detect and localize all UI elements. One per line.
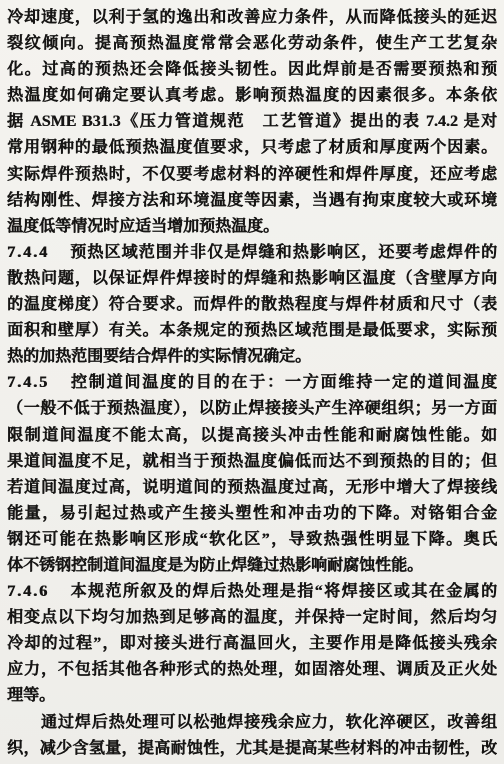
text-line: 温度低等情况时应适当增加预热温度。 xyxy=(7,214,497,240)
line-text: 热温度如何确定要认真考虑。影响预热温度的因素很多。本条依 xyxy=(7,87,497,104)
text-line: 化。过高的预热还会降低接头韧性。因此焊前是否需要预热和预 xyxy=(7,57,497,83)
line-text: 据 ASME B31.3《压力管道规范 工艺管道》提出的表 7.4.2 是对 xyxy=(7,113,497,130)
text-line: 织，减少含氢量，提高耐蚀性，尤其是提高某些材料的冲击韧性，改 xyxy=(7,736,497,762)
line-text: 果道间温度不足，就相当于预热温度偏低而达不到预热的目的；但 xyxy=(7,453,497,470)
text-line: 钢还可能在热影响区形成“软化区”，导致热强性明显下降。奥氏 xyxy=(7,527,497,553)
line-text: 织，减少含氢量，提高耐蚀性，尤其是提高某些材料的冲击韧性，改 xyxy=(7,740,497,757)
line-text: 实际焊件预热时，不仅要考虑材料的淬硬性和焊件厚度，还应考虑 xyxy=(7,166,497,183)
text-line: 实际焊件预热时，不仅要考虑材料的淬硬性和焊件厚度，还应考虑 xyxy=(7,162,497,188)
line-text: 温度低等情况时应适当增加预热温度。 xyxy=(7,218,279,235)
section-number: 7.4.4 xyxy=(7,244,49,261)
line-text: 面积和壁厚）有关。本条规定的预热区域范围是最低要求，实际预 xyxy=(7,322,497,339)
text-line: 热温度如何确定要认真考虑。影响预热温度的因素很多。本条依 xyxy=(7,83,497,109)
line-text: 冷却的过程”，即对接头进行高温回火，主要作用是降低接头残余 xyxy=(7,635,497,652)
line-text: （一般不低于预热温度），以防止焊接接头产生淬硬组织；另一方面 xyxy=(7,400,497,417)
text-line: 7.4.4预热区域范围并非仅是焊缝和热影响区，还要考虑焊件的 xyxy=(7,240,497,266)
line-text: 结构刚性、焊接方法和环境温度等因素，当遇有拘束度较大或环境 xyxy=(7,192,497,209)
text-line: 理等。 xyxy=(7,683,497,709)
line-text: 控制道间温度的目的在于：一方面维持一定的道间温度 xyxy=(69,374,497,391)
line-text: 钢还可能在热影响区形成“软化区”，导致热强性明显下降。奥氏 xyxy=(7,531,497,548)
text-line: 裂纹倾向。提高预热温度常常会恶化劳动条件，使生产工艺复杂 xyxy=(7,31,497,57)
line-text: 化。过高的预热还会降低接头韧性。因此焊前是否需要预热和预 xyxy=(7,61,497,78)
section-number: 7.4.6 xyxy=(7,583,49,600)
text-line: 应力，不包括其他各种形式的热处理，如固溶处理、调质及正火处 xyxy=(7,657,497,683)
text-line: 冷却速度，以利于氢的逸出和改善应力条件，从而降低接头的延迟 xyxy=(7,5,497,31)
text-line: 面积和壁厚）有关。本条规定的预热区域范围是最低要求，实际预 xyxy=(7,318,497,344)
line-text: 应力，不包括其他各种形式的热处理，如固溶处理、调质及正火处 xyxy=(7,661,497,678)
text-line: 体不锈钢控制道间温度是为防止焊缝过热影响耐腐蚀性能。 xyxy=(7,553,497,579)
text-line: 热的加热范围要结合焊件的实际情况确定。 xyxy=(7,344,497,370)
line-text: 若道间温度过高，说明道间的预热温度过高，无形中增大了焊接线 xyxy=(7,479,497,496)
text-line: 能量，易引起过热或产生接头塑性和冲击功的下降。对铬钼合金 xyxy=(7,501,497,527)
scanned-page: 冷却速度，以利于氢的逸出和改善应力条件，从而降低接头的延迟裂纹倾向。提高预热温度… xyxy=(0,0,504,764)
section-number: 7.4.5 xyxy=(7,374,49,391)
text-line: 通过焊后热处理可以松弛焊接残余应力，软化淬硬区，改善组 xyxy=(7,710,497,736)
text-line: 结构刚性、焊接方法和环境温度等因素，当遇有拘束度较大或环境 xyxy=(7,188,497,214)
text-line: 相变点以下均匀加热到足够高的温度，并保持一定时间，然后均匀 xyxy=(7,605,497,631)
line-text: 通过焊后热处理可以松弛焊接残余应力，软化淬硬区，改善组 xyxy=(7,714,497,731)
line-text: 能量，易引起过热或产生接头塑性和冲击功的下降。对铬钼合金 xyxy=(7,505,497,522)
page-text: 冷却速度，以利于氢的逸出和改善应力条件，从而降低接头的延迟裂纹倾向。提高预热温度… xyxy=(7,5,497,762)
text-line: 果道间温度不足，就相当于预热温度偏低而达不到预热的目的；但 xyxy=(7,449,497,475)
text-line: 冷却的过程”，即对接头进行高温回火，主要作用是降低接头残余 xyxy=(7,631,497,657)
text-line: 7.4.6本规范所叙及的焊后热处理是指“将焊接区或其在金属的 xyxy=(7,579,497,605)
text-line: 散热问题，以保证焊件焊接时的焊缝和热影响区温度（含壁厚方向 xyxy=(7,266,497,292)
line-text: 理等。 xyxy=(7,687,55,704)
line-text: 预热区域范围并非仅是焊缝和热影响区，还要考虑焊件的 xyxy=(69,244,497,261)
text-line: 的温度梯度）符合要求。而焊件的散热程度与焊件材质和尺寸（表 xyxy=(7,292,497,318)
line-text: 相变点以下均匀加热到足够高的温度，并保持一定时间，然后均匀 xyxy=(7,609,497,626)
text-line: 据 ASME B31.3《压力管道规范 工艺管道》提出的表 7.4.2 是对 xyxy=(7,109,497,135)
line-text: 热的加热范围要结合焊件的实际情况确定。 xyxy=(7,348,311,365)
line-text: 冷却速度，以利于氢的逸出和改善应力条件，从而降低接头的延迟 xyxy=(7,9,497,26)
text-line: 若道间温度过高，说明道间的预热温度过高，无形中增大了焊接线 xyxy=(7,475,497,501)
text-line: 常用钢种的最低预热温度值要求，只考虑了材质和厚度两个因素。 xyxy=(7,135,497,161)
line-text: 体不锈钢控制道间温度是为防止焊缝过热影响耐腐蚀性能。 xyxy=(7,557,423,574)
text-line: 限制道间温度不能太高，以提高接头冲击性能和耐腐蚀性能。如 xyxy=(7,423,497,449)
line-text: 的温度梯度）符合要求。而焊件的散热程度与焊件材质和尺寸（表 xyxy=(7,296,497,313)
line-text: 裂纹倾向。提高预热温度常常会恶化劳动条件，使生产工艺复杂 xyxy=(7,35,497,52)
text-line: （一般不低于预热温度），以防止焊接接头产生淬硬组织；另一方面 xyxy=(7,396,497,422)
line-text: 常用钢种的最低预热温度值要求，只考虑了材质和厚度两个因素。 xyxy=(7,139,497,156)
line-text: 散热问题，以保证焊件焊接时的焊缝和热影响区温度（含壁厚方向 xyxy=(7,270,497,287)
line-text: 限制道间温度不能太高，以提高接头冲击性能和耐腐蚀性能。如 xyxy=(7,427,497,444)
text-line: 7.4.5控制道间温度的目的在于：一方面维持一定的道间温度 xyxy=(7,370,497,396)
line-text: 本规范所叙及的焊后热处理是指“将焊接区或其在金属的 xyxy=(69,583,497,600)
